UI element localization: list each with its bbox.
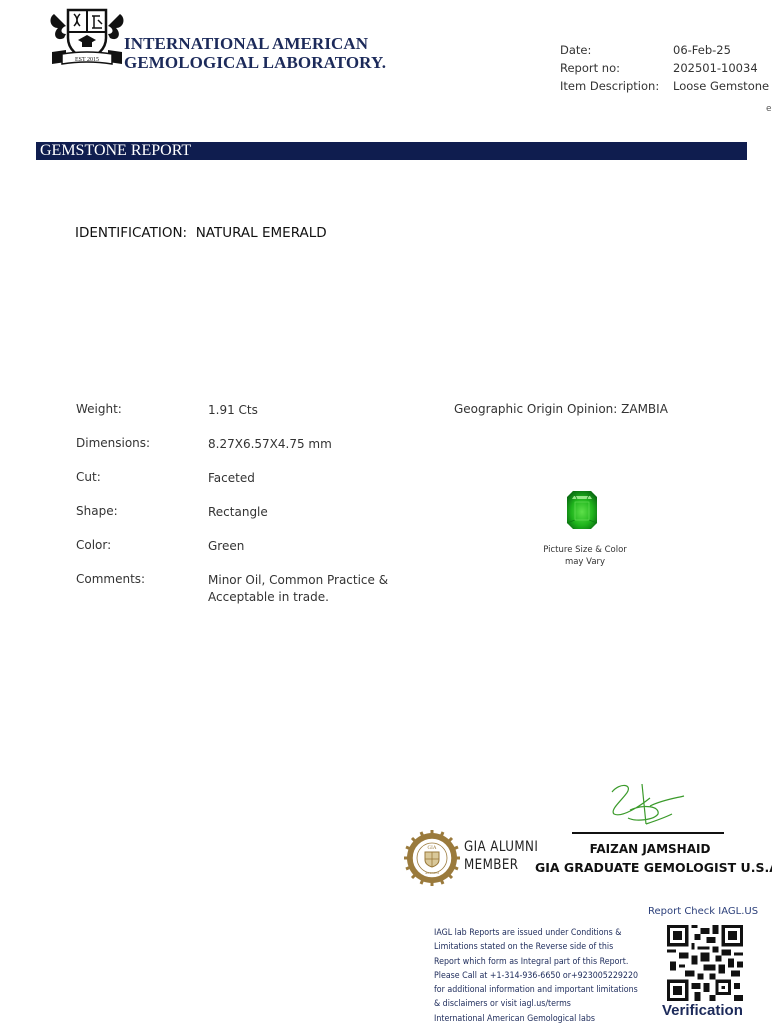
- report-number: 202501-10034: [673, 59, 758, 77]
- gia-alumni-member-label: GIA ALUMNI MEMBER: [464, 838, 538, 874]
- detail-label: Shape:: [76, 504, 118, 518]
- report-meta: Date: 06-Feb-25 Report no: 202501-10034 …: [560, 41, 769, 95]
- detail-label: Comments:: [76, 572, 145, 586]
- terms-line: for additional information and important…: [434, 983, 646, 997]
- stray-mark: e: [766, 104, 772, 114]
- report-check-label: Report Check IAGL.US: [648, 906, 758, 917]
- cut-value: Faceted: [208, 470, 458, 487]
- organization-name: INTERNATIONAL AMERICAN GEMOLOGICAL LABOR…: [124, 34, 386, 72]
- caption-line2: may Vary: [530, 556, 640, 568]
- meta-label: Date:: [560, 41, 673, 59]
- detail-label: Color:: [76, 538, 111, 552]
- report-title: GEMSTONE REPORT: [40, 142, 191, 160]
- comments-value: Minor Oil, Common Practice & Acceptable …: [208, 572, 458, 606]
- qr-code-icon[interactable]: [667, 925, 743, 1001]
- gemologist-title: GIA GRADUATE GEMOLOGIST U.S.A: [535, 860, 772, 875]
- seal-bottom-text: ALUMNI: [425, 871, 440, 875]
- origin-opinion: Geographic Origin Opinion: ZAMBIA: [454, 402, 668, 416]
- origin-value: ZAMBIA: [621, 402, 668, 416]
- report-title-bar: GEMSTONE REPORT: [36, 142, 747, 160]
- org-name-line1: INTERNATIONAL AMERICAN: [124, 34, 386, 53]
- terms-line: & disclaimers or visit iagl.us/terms: [434, 997, 646, 1011]
- signature-mark: [600, 780, 690, 830]
- meta-row-report-no: Report no: 202501-10034: [560, 59, 769, 77]
- crest-text: EST 2015: [75, 57, 99, 63]
- detail-label: Dimensions:: [76, 436, 150, 450]
- gia-alumni-seal-icon: GIA ALUMNI: [404, 830, 460, 886]
- identification-label: IDENTIFICATION:: [75, 225, 187, 241]
- signature-line: [572, 832, 724, 834]
- terms-line: Report which form as Integral part of th…: [434, 955, 646, 969]
- org-name-line2: GEMOLOGICAL LABORATORY.: [124, 53, 386, 72]
- shape-value: Rectangle: [208, 504, 458, 521]
- identification-value: NATURAL EMERALD: [196, 225, 327, 241]
- report-date: 06-Feb-25: [673, 41, 731, 59]
- meta-label: Item Description:: [560, 77, 673, 95]
- color-value: Green: [208, 538, 458, 555]
- meta-label: Report no:: [560, 59, 673, 77]
- gia-line1: GIA ALUMNI: [464, 838, 538, 856]
- origin-label: Geographic Origin Opinion:: [454, 402, 617, 416]
- meta-row-date: Date: 06-Feb-25: [560, 41, 769, 59]
- terms-disclaimer: IAGL lab Reports are issued under Condit…: [434, 926, 646, 1024]
- gemologist-name: FAIZAN JAMSHAID: [570, 842, 730, 856]
- emerald-gem-icon: [566, 490, 598, 530]
- verification-label: Verification: [662, 1002, 743, 1019]
- terms-line: IAGL lab Reports are issued under Condit…: [434, 926, 646, 940]
- terms-line: Limitations stated on the Reverse side o…: [434, 940, 646, 954]
- terms-line: Please Call at +1-314-936-6650 or+923005…: [434, 969, 646, 983]
- detail-label: Weight:: [76, 402, 122, 416]
- gem-image-caption: Picture Size & Color may Vary: [530, 544, 640, 568]
- weight-value: 1.91 Cts: [208, 402, 458, 419]
- iagl-crest-logo: EST 2015: [48, 4, 126, 70]
- meta-row-item-description: Item Description: Loose Gemstone: [560, 77, 769, 95]
- terms-line: International American Gemological labs: [434, 1012, 646, 1024]
- detail-label: Cut:: [76, 470, 101, 484]
- seal-top-text: GIA: [428, 846, 437, 851]
- caption-line1: Picture Size & Color: [530, 544, 640, 556]
- identification: IDENTIFICATION: NATURAL EMERALD: [75, 225, 327, 241]
- dimensions-value: 8.27X6.57X4.75 mm: [208, 436, 458, 453]
- item-description: Loose Gemstone: [673, 77, 769, 95]
- gia-line2: MEMBER: [464, 856, 538, 874]
